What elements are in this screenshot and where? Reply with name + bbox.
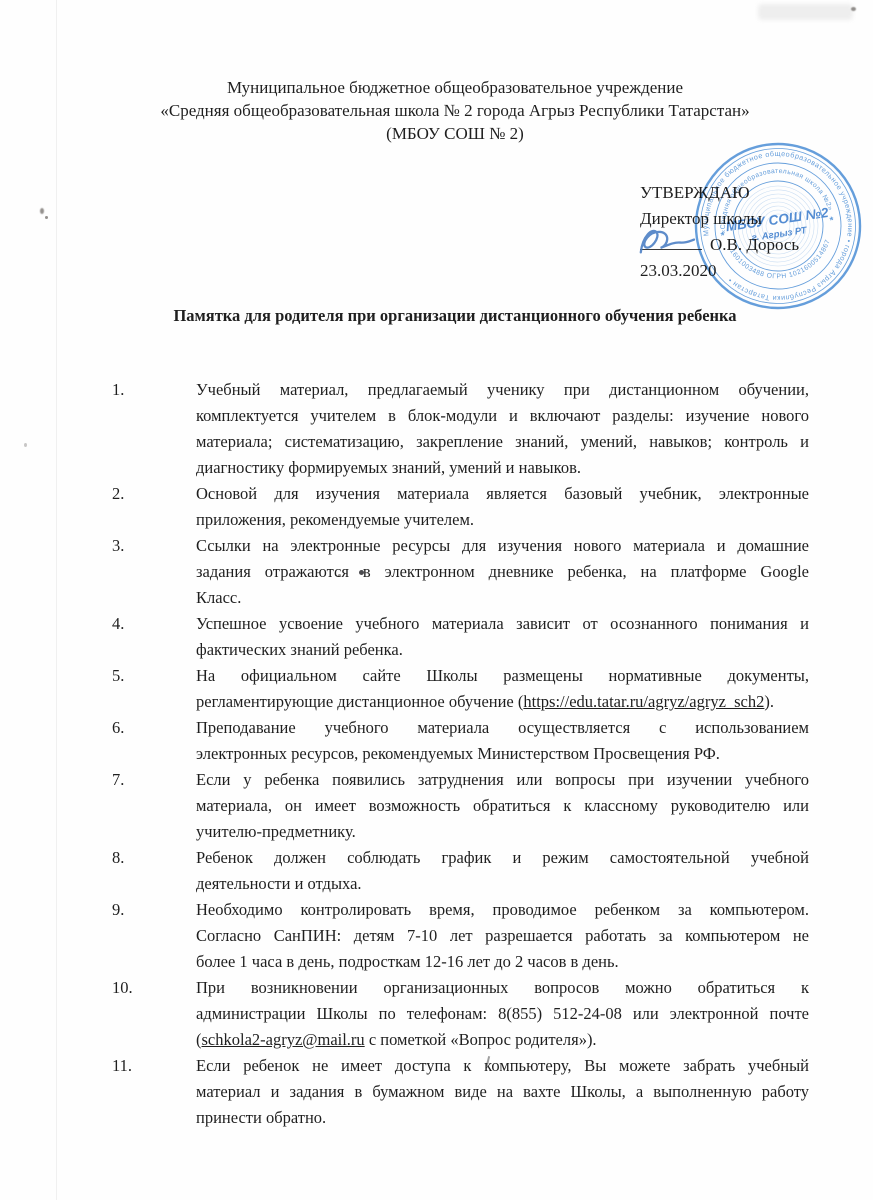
list-item-number: 10. (112, 975, 196, 1053)
scanner-edge-line (56, 0, 57, 1200)
text-segment: При возникновении организационных вопрос… (196, 978, 809, 997)
list-item-line: администрации Школы по телефонам: 8(855)… (196, 1001, 809, 1027)
list-item-line: фактических знаний ребенка. (196, 637, 809, 663)
text-segment: Преподавание учебного материала осуществ… (196, 718, 809, 737)
org-name-line2: «Средняя общеобразовательная школа № 2 г… (40, 99, 870, 122)
list-item-line: регламентирующие дистанционное обучение … (196, 689, 809, 715)
list-item-line: Ребенок должен соблюдать график и режим … (196, 845, 809, 871)
scan-smudge (758, 4, 853, 20)
text-segment: материала; систематизацию, закрепление з… (196, 432, 809, 451)
text-segment: диагностику формируемых знаний, умений и… (196, 458, 581, 477)
list-item-number: 1. (112, 377, 196, 481)
list-item-line: приложения, рекомендуемые учителем. (196, 507, 809, 533)
text-segment: Успешное усвоение учебного материала зав… (196, 614, 809, 633)
list-item-line: Учебный материал, предлагаемый ученику п… (196, 377, 809, 403)
text-segment: Класс. (196, 588, 241, 607)
school-site-link[interactable]: https://edu.tatar.ru/agryz/agryz_sch2 (523, 692, 764, 711)
school-email-link[interactable]: schkola2-agryz@mail.ru (202, 1030, 365, 1049)
list-item-number: 7. (112, 767, 196, 845)
list-item-text: Если у ребенка появились затруднения или… (196, 767, 809, 845)
list-item-line: Если у ребенка появились затруднения или… (196, 767, 809, 793)
list-item-line: учителю-предметнику. (196, 819, 809, 845)
scan-speck (24, 443, 27, 447)
list-item: 2.Основой для изучения материала являетс… (112, 481, 812, 533)
list-item-line: При возникновении организационных вопрос… (196, 975, 809, 1001)
list-item: 3.Ссылки на электронные ресурсы для изуч… (112, 533, 812, 611)
scan-speck (45, 216, 48, 219)
list-item: 4.Успешное усвоение учебного материала з… (112, 611, 812, 663)
text-segment: На официальном сайте Школы размещены нор… (196, 666, 809, 685)
list-item-number: 11. (112, 1053, 196, 1131)
list-item-number: 3. (112, 533, 196, 611)
stamp-star-right: * (829, 215, 834, 226)
text-segment: Если ребенок не имеет доступа к компьюте… (196, 1056, 809, 1075)
list-item-line: Основой для изучения материала является … (196, 481, 809, 507)
text-segment: деятельности и отдыха. (196, 874, 362, 893)
list-item-line: На официальном сайте Школы размещены нор… (196, 663, 809, 689)
list-item-line: Согласно СанПИН: детям 7-10 лет разрешае… (196, 923, 809, 949)
list-item-text: Необходимо контролировать время, проводи… (196, 897, 809, 975)
list-item-line: Успешное усвоение учебного материала зав… (196, 611, 809, 637)
list-item: 7.Если у ребенка появились затруднения и… (112, 767, 812, 845)
list-item-text: Учебный материал, предлагаемый ученику п… (196, 377, 809, 481)
text-segment: Согласно СанПИН: детям 7-10 лет разрешае… (196, 926, 809, 945)
text-segment: Ребенок должен соблюдать график и режим … (196, 848, 809, 867)
text-segment: фактических знаний ребенка. (196, 640, 403, 659)
text-segment: Ссылки на электронные ресурсы для изучен… (196, 536, 809, 555)
list-item-line: Класс. (196, 585, 809, 611)
list-item-line: Если ребенок не имеет доступа к компьюте… (196, 1053, 809, 1079)
text-segment: приложения, рекомендуемые учителем. (196, 510, 474, 529)
text-segment: задания отражаются в электронном дневник… (196, 562, 809, 581)
list-item-line: материала, он имеет возможность обратить… (196, 793, 809, 819)
text-segment: комплектуется учителем в блок-модули и в… (196, 406, 809, 425)
list-item-line: принести обратно. (196, 1105, 809, 1131)
school-stamp: Муниципальное бюджетное общеобразователь… (687, 135, 869, 317)
text-segment: принести обратно. (196, 1108, 326, 1127)
scan-speck (40, 208, 44, 214)
document-title: Памятка для родителя при организации дис… (40, 306, 870, 326)
text-segment: Необходимо контролировать время, проводи… (196, 900, 809, 919)
text-segment: материала, он имеет возможность обратить… (196, 796, 809, 815)
list-item-line: более 1 часа в день, подросткам 12-16 ле… (196, 949, 809, 975)
list-item-number: 6. (112, 715, 196, 767)
text-segment: администрации Школы по телефонам: 8(855)… (196, 1004, 809, 1023)
list-item-line: Необходимо контролировать время, проводи… (196, 897, 809, 923)
list-item-text: Ребенок должен соблюдать график и режим … (196, 845, 809, 897)
text-segment: электронных ресурсов, рекомендуемых Мини… (196, 744, 720, 763)
list-item-text: При возникновении организационных вопрос… (196, 975, 809, 1053)
list-item-number: 4. (112, 611, 196, 663)
text-segment: более 1 часа в день, подросткам 12-16 ле… (196, 952, 619, 971)
list-item-line: комплектуется учителем в блок-модули и в… (196, 403, 809, 429)
list-item: 1.Учебный материал, предлагаемый ученику… (112, 377, 812, 481)
memo-list: 1.Учебный материал, предлагаемый ученику… (112, 377, 812, 1131)
text-segment: Учебный материал, предлагаемый ученику п… (196, 380, 809, 399)
list-item-line: Преподавание учебного материала осуществ… (196, 715, 809, 741)
list-item-number: 5. (112, 663, 196, 715)
list-item-text: Если ребенок не имеет доступа к компьюте… (196, 1053, 809, 1131)
list-item-line: Ссылки на электронные ресурсы для изучен… (196, 533, 809, 559)
list-item: 5.На официальном сайте Школы размещены н… (112, 663, 812, 715)
list-item-text: На официальном сайте Школы размещены нор… (196, 663, 809, 715)
text-segment: Основой для изучения материала является … (196, 484, 809, 503)
list-item-text: Успешное усвоение учебного материала зав… (196, 611, 809, 663)
list-item-line: электронных ресурсов, рекомендуемых Мини… (196, 741, 809, 767)
list-item-line: задания отражаются в электронном дневник… (196, 559, 809, 585)
text-segment: материал и задания в бумажном виде на ва… (196, 1082, 809, 1101)
list-item: 11.Если ребенок не имеет доступа к компь… (112, 1053, 812, 1131)
text-segment: учителю-предметнику. (196, 822, 356, 841)
list-item-text: Основой для изучения материала является … (196, 481, 809, 533)
text-segment: Если у ребенка появились затруднения или… (196, 770, 809, 789)
list-item: 9.Необходимо контролировать время, прово… (112, 897, 812, 975)
list-item-number: 8. (112, 845, 196, 897)
text-segment: с пометкой «Вопрос родителя»). (365, 1030, 597, 1049)
text-segment: ). (764, 692, 774, 711)
list-item-text: Ссылки на электронные ресурсы для изучен… (196, 533, 809, 611)
list-item: 8.Ребенок должен соблюдать график и режи… (112, 845, 812, 897)
list-item-line: деятельности и отдыха. (196, 871, 809, 897)
scan-speck (851, 7, 856, 11)
list-item-line: (schkola2-agryz@mail.ru с пометкой «Вопр… (196, 1027, 809, 1053)
list-item-number: 2. (112, 481, 196, 533)
document-page: Муниципальное бюджетное общеобразователь… (0, 0, 873, 1200)
list-item-line: материал и задания в бумажном виде на ва… (196, 1079, 809, 1105)
list-item-line: диагностику формируемых знаний, умений и… (196, 455, 809, 481)
list-item-text: Преподавание учебного материала осуществ… (196, 715, 809, 767)
list-item: 6.Преподавание учебного материала осущес… (112, 715, 812, 767)
list-item-number: 9. (112, 897, 196, 975)
text-segment: регламентирующие дистанционное обучение … (196, 692, 523, 711)
org-name-line1: Муниципальное бюджетное общеобразователь… (40, 76, 870, 99)
list-item-line: материала; систематизацию, закрепление з… (196, 429, 809, 455)
list-item: 10.При возникновении организационных воп… (112, 975, 812, 1053)
